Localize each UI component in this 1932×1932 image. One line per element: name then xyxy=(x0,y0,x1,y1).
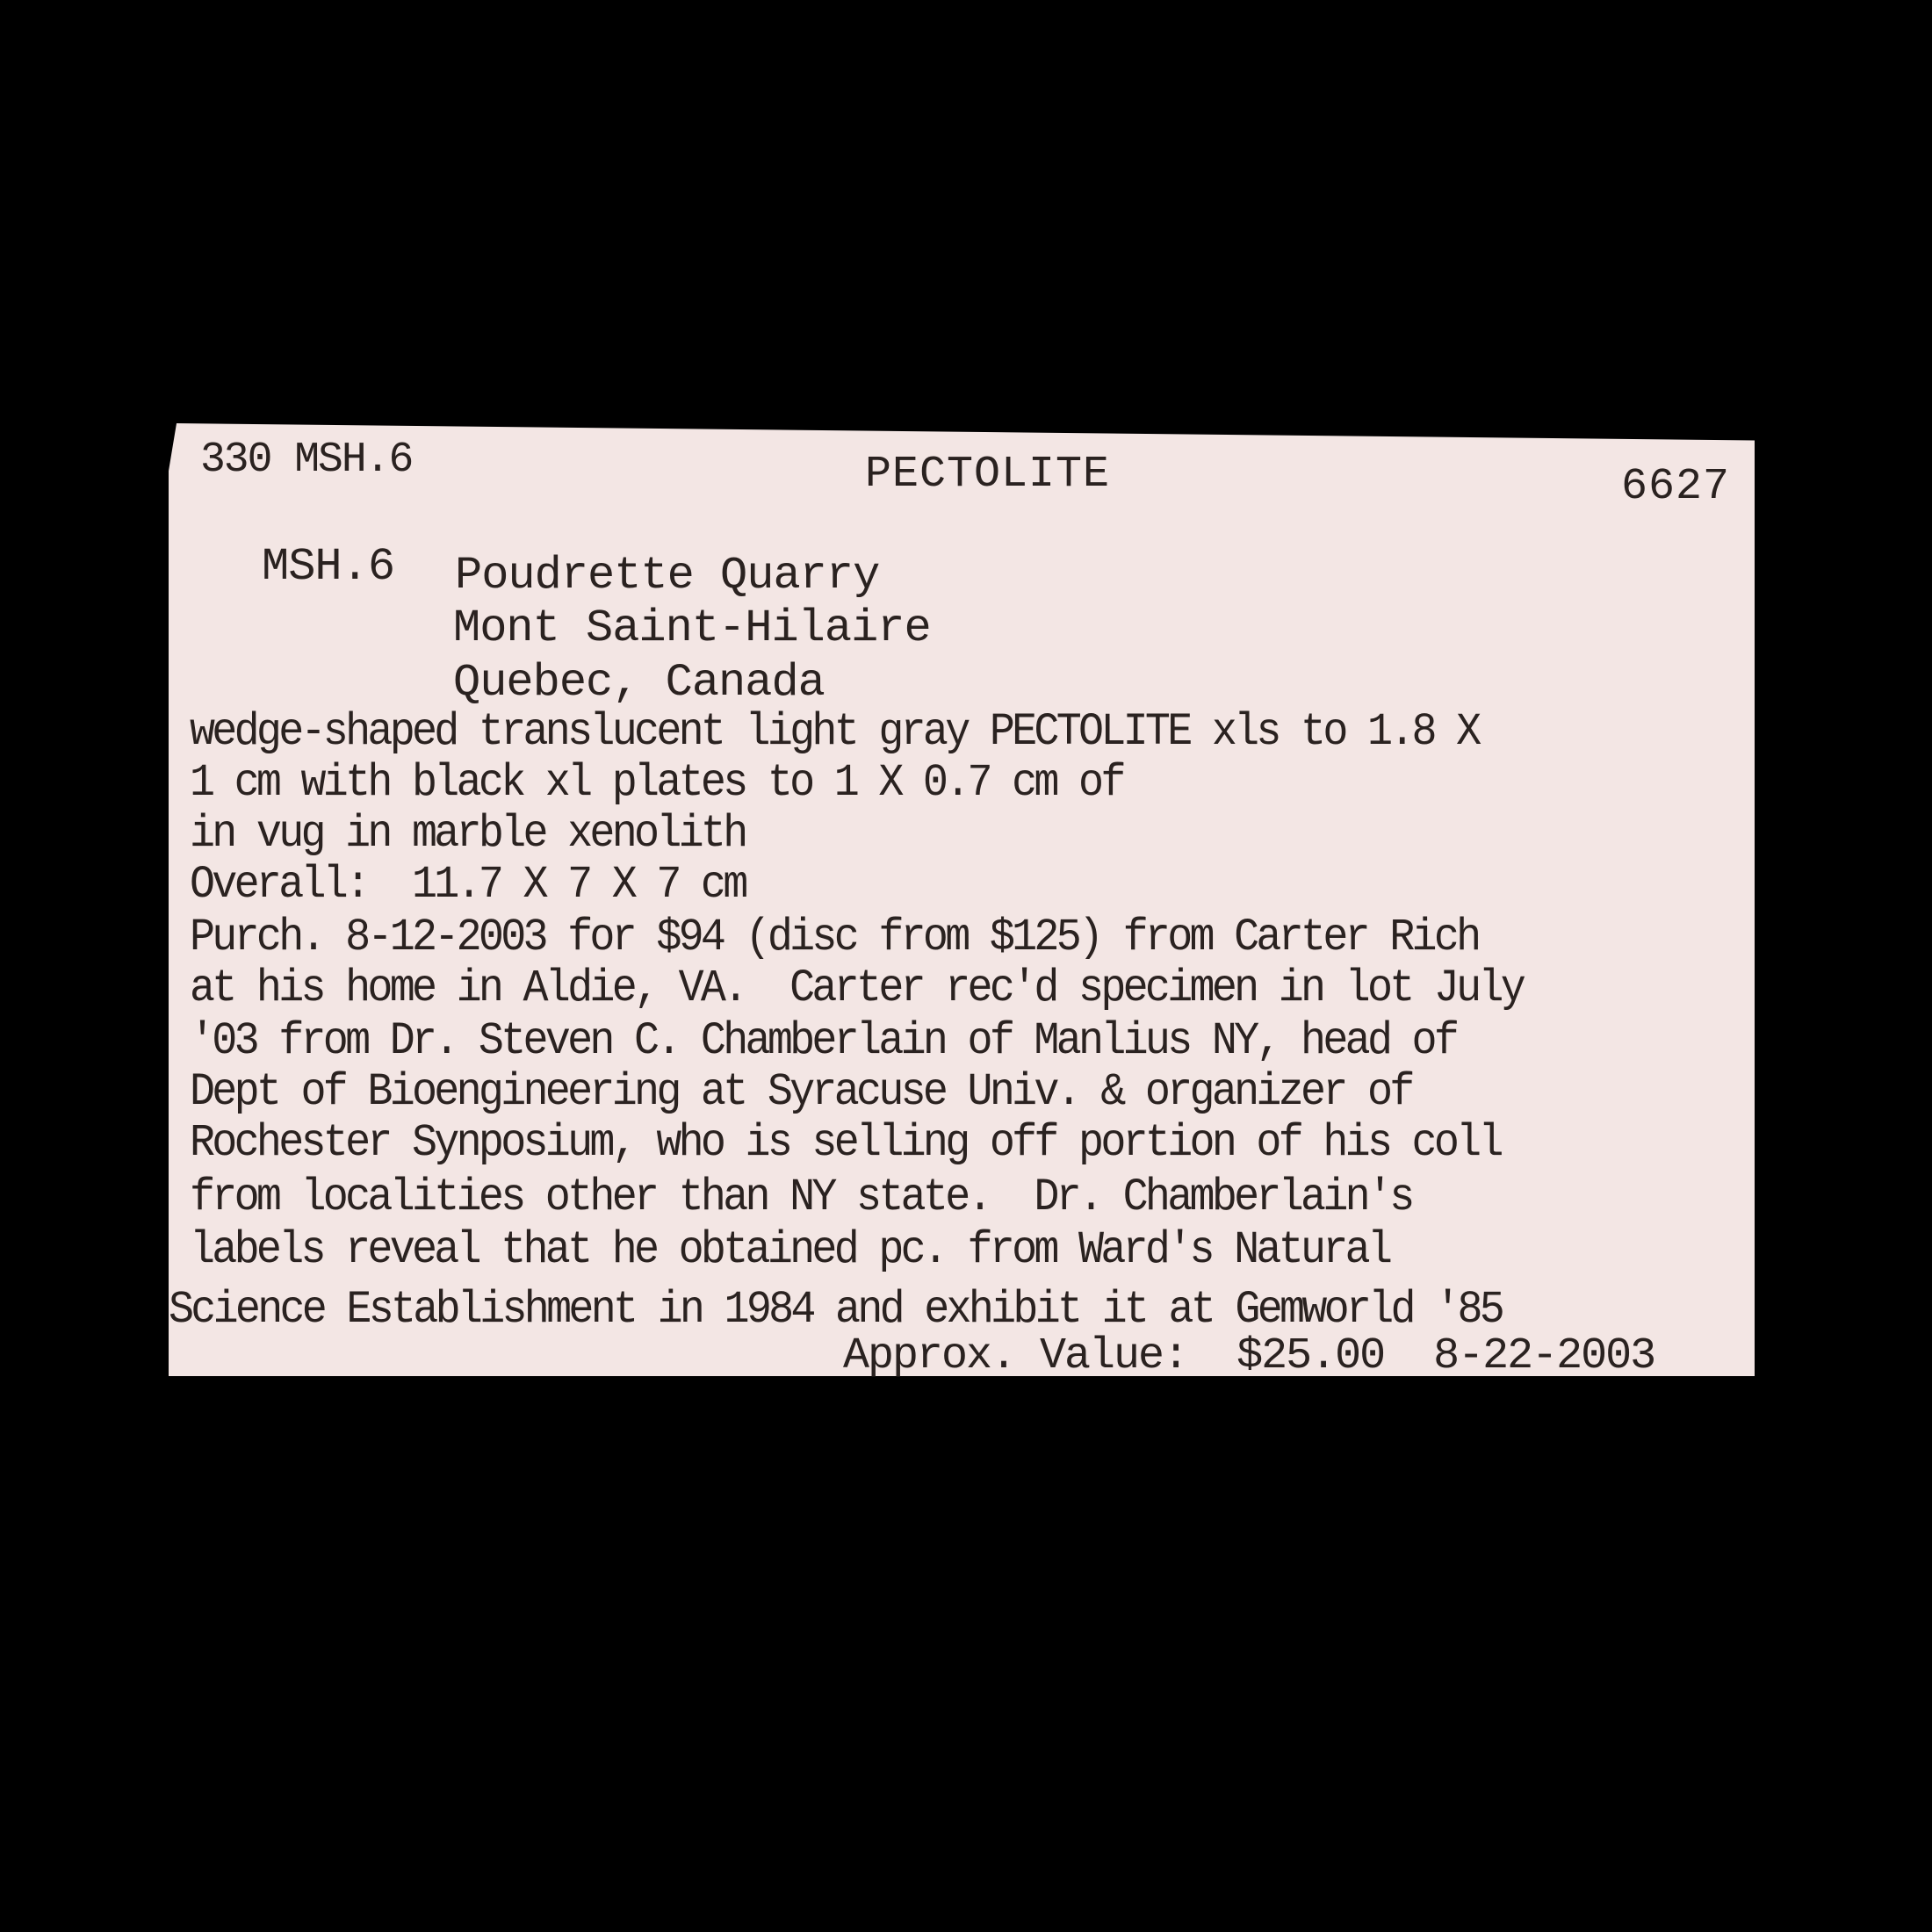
description-line: 1 cm with black xl plates to 1 X 0.7 cm … xyxy=(190,761,1123,806)
description-line: wedge-shaped translucent light gray PECT… xyxy=(190,710,1478,755)
description-line: at his home in Aldie, VA. Carter rec'd s… xyxy=(190,966,1523,1012)
description-line: Science Establishment in 1984 and exhibi… xyxy=(169,1287,1502,1333)
description-line: Overall: 11.7 X 7 X 7 cm xyxy=(190,862,746,908)
description-line: Purch. 8-12-2003 for $94 (disc from $125… xyxy=(190,915,1478,961)
approx-value-line: Approx. Value: $25.00 8-22-2003 xyxy=(843,1335,1654,1379)
description-line: in vug in marble xenolith xyxy=(190,811,746,857)
description-line: '03 from Dr. Steven C. Chamberlain of Ma… xyxy=(190,1019,1456,1064)
locality-line: Poudrette Quarry xyxy=(455,553,879,599)
locality-code: MSH.6 xyxy=(262,544,394,590)
description-line: labels reveal that he obtained pc. from … xyxy=(190,1228,1389,1273)
mineral-title: PECTOLITE xyxy=(865,453,1110,497)
description-line: from localities other than NY state. Dr.… xyxy=(190,1175,1412,1221)
description-line: Dept of Bioengineering at Syracuse Univ.… xyxy=(190,1070,1412,1115)
catalog-number-left: 330 MSH.6 xyxy=(200,439,412,481)
locality-line: Quebec, Canada xyxy=(453,660,825,706)
catalog-number-right: 6627 xyxy=(1621,465,1730,509)
locality-line: Mont Saint-Hilaire xyxy=(453,606,931,652)
description-line: Rochester Synposium, who is selling off … xyxy=(190,1121,1501,1166)
